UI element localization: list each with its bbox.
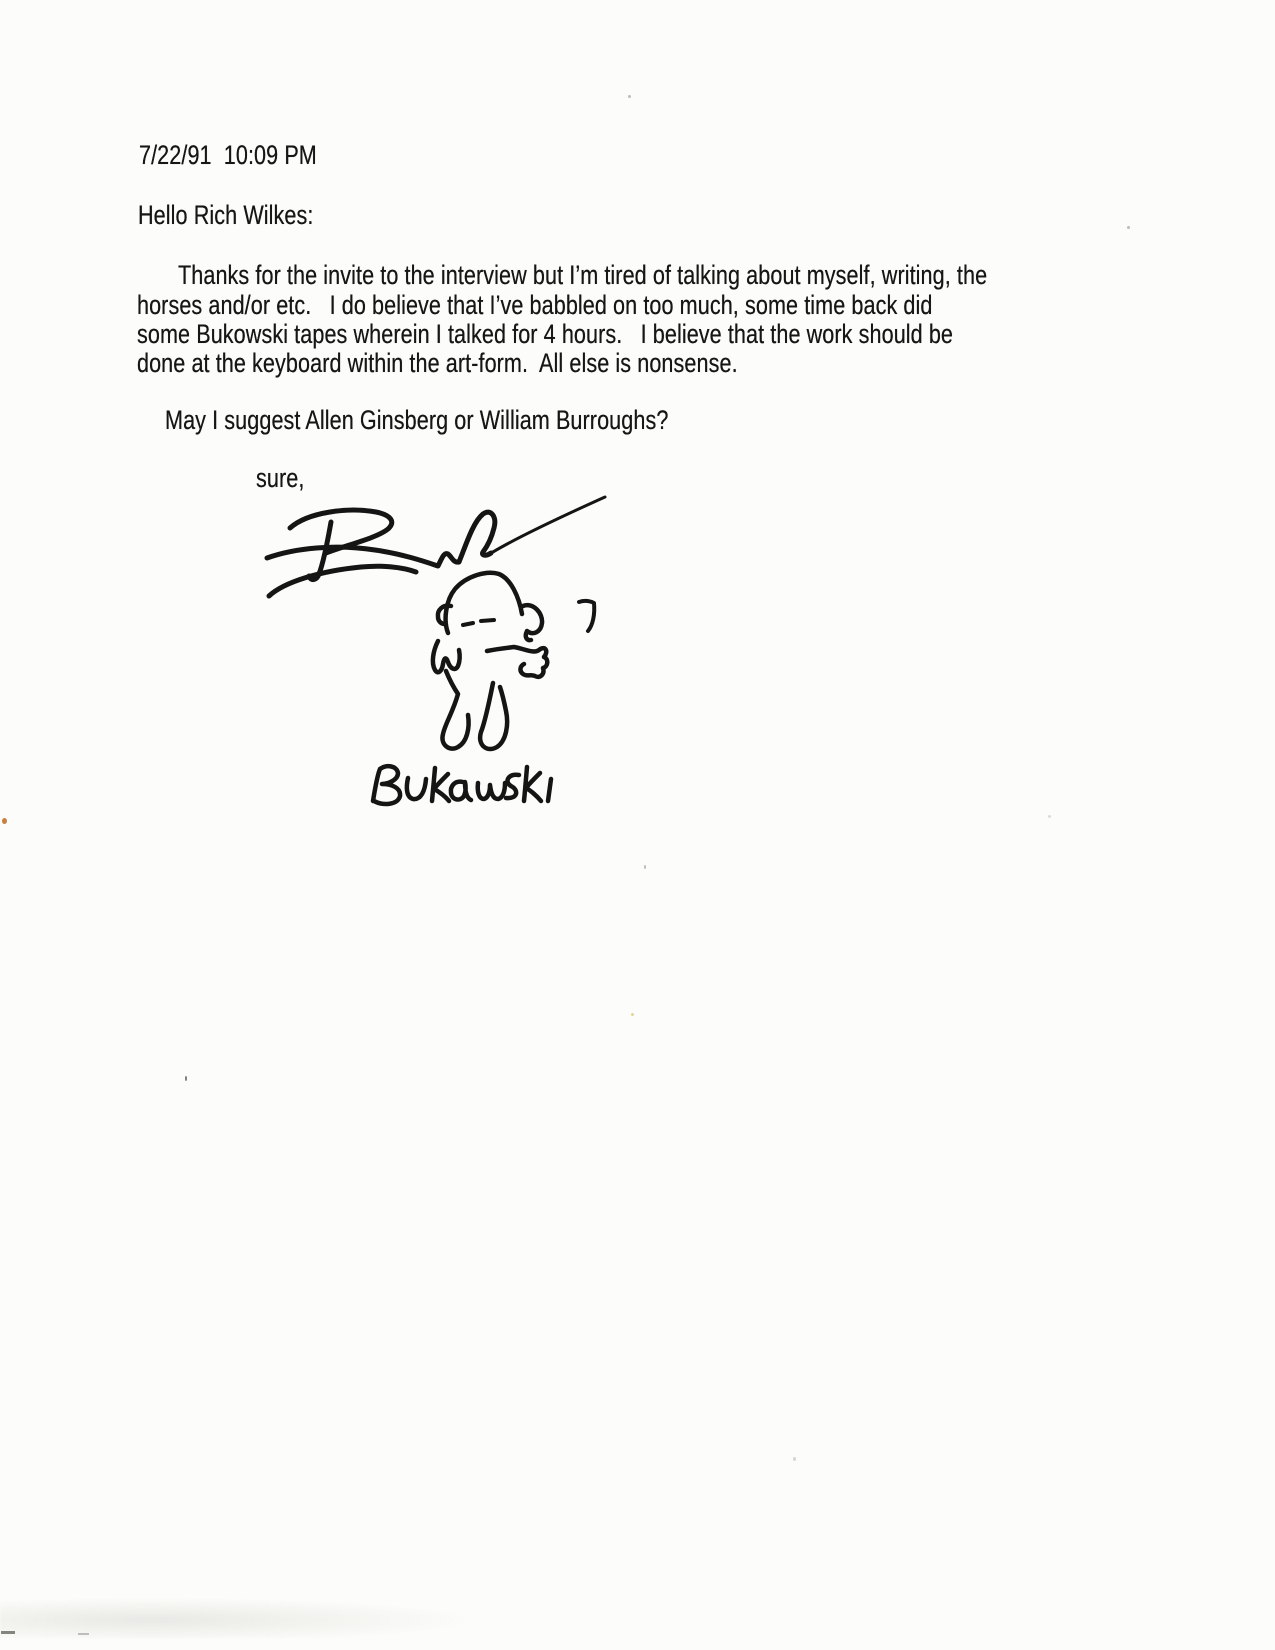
body-line-3: some Bukowski tapes wherein I talked for… [137,319,953,349]
scan-speck [185,1076,187,1081]
scan-speck [631,1013,634,1016]
handwritten-ink-block [240,465,620,815]
signature-scrawl [267,497,605,596]
scan-speck [628,95,631,98]
body-line-1: Thanks for the invite to the interview b… [178,260,987,290]
j-pen-mark [579,601,594,631]
scan-smudge [0,1598,470,1638]
handwritten-name [373,766,551,804]
bukowski-man-doodle [433,573,594,749]
scanned-letter-page: 7/22/91 10:09 PM Hello Rich Wilkes: Than… [0,0,1275,1650]
salutation: Hello Rich Wilkes: [138,200,313,230]
scan-speck [793,1457,796,1461]
scan-speck [644,865,646,869]
scan-speck [2,818,7,824]
body-line-4: done at the keyboard within the art-form… [137,348,738,378]
date-line: 7/22/91 10:09 PM [139,140,317,170]
scan-mark [1,1631,15,1634]
body-line-2: horses and/or etc. I do believe that I’v… [137,290,933,320]
scan-speck [1048,815,1051,818]
scan-mark [78,1633,89,1635]
suggestion-line: May I suggest Allen Ginsberg or William … [165,405,668,435]
scan-speck [1127,226,1130,229]
